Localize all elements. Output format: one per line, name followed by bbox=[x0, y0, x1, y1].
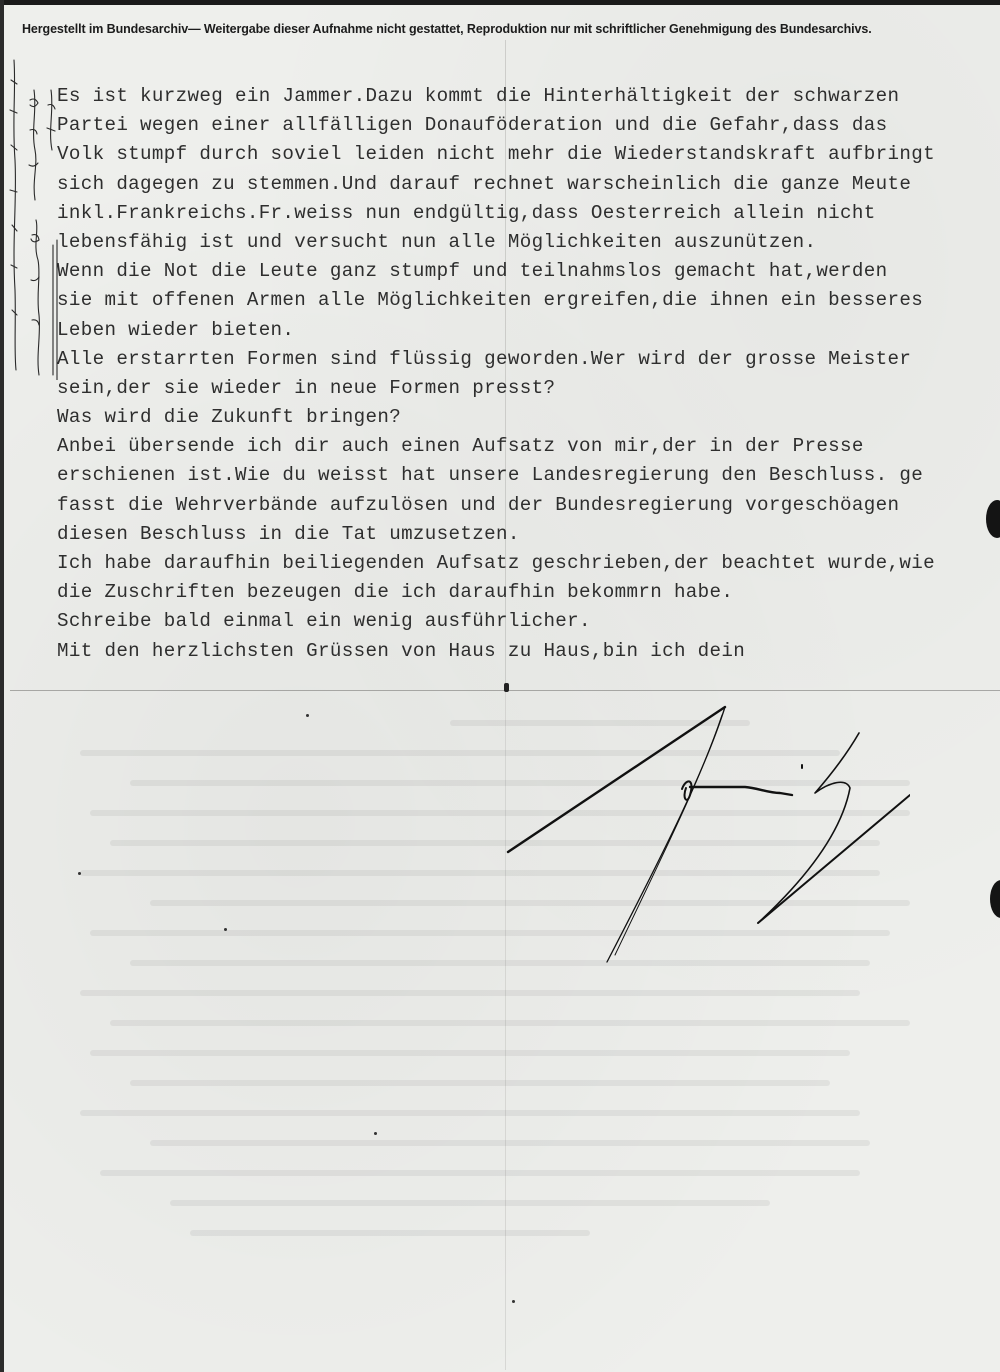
letter-line: Anbei übersende ich dir auch einen Aufsa… bbox=[57, 432, 987, 461]
document-scan: Hergestellt im Bundesarchiv— Weitergabe … bbox=[0, 0, 1000, 1372]
punch-hole-icon bbox=[990, 880, 1000, 918]
letter-line: sich dagegen zu stemmen.Und darauf rechn… bbox=[57, 170, 987, 199]
letter-line: Alle erstarrten Formen sind flüssig gewo… bbox=[57, 345, 987, 374]
letter-line: Schreibe bald einmal ein wenig ausführli… bbox=[57, 607, 987, 636]
speck bbox=[374, 1132, 377, 1135]
letter-line: sie mit offenen Armen alle Möglichkeiten… bbox=[57, 286, 987, 315]
archive-stamp: Hergestellt im Bundesarchiv— Weitergabe … bbox=[22, 22, 982, 36]
letter-line: fasst die Wehrverbände aufzulösen und de… bbox=[57, 491, 987, 520]
letter-line: Leben wieder bieten. bbox=[57, 316, 987, 345]
letter-line: Wenn die Not die Leute ganz stumpf und t… bbox=[57, 257, 987, 286]
signature-icon bbox=[490, 690, 910, 990]
scan-border-top bbox=[0, 0, 1000, 5]
scan-border-left bbox=[0, 0, 4, 1372]
letter-line: Volk stumpf durch soviel leiden nicht me… bbox=[57, 140, 987, 169]
letter-line: inkl.Frankreichs.Fr.weiss nun endgültig,… bbox=[57, 199, 987, 228]
letter-line: Was wird die Zukunft bringen? bbox=[57, 403, 987, 432]
speck bbox=[224, 928, 227, 931]
letter-line: Es ist kurzweg ein Jammer.Dazu kommt die… bbox=[57, 82, 987, 111]
letter-body: Es ist kurzweg ein Jammer.Dazu kommt die… bbox=[57, 82, 987, 666]
letter-line: Partei wegen einer allfälligen Donauföde… bbox=[57, 111, 987, 140]
letter-line: Ich habe daraufhin beiliegenden Aufsatz … bbox=[57, 549, 987, 578]
margin-notes-icon bbox=[6, 50, 61, 380]
letter-line: erschienen ist.Wie du weisst hat unsere … bbox=[57, 461, 987, 490]
letter-line: Mit den herzlichsten Grüssen von Haus zu… bbox=[57, 637, 987, 666]
letter-line: diesen Beschluss in die Tat umzusetzen. bbox=[57, 520, 987, 549]
speck bbox=[512, 1300, 515, 1303]
letter-line: sein,der sie wieder in neue Formen press… bbox=[57, 374, 987, 403]
punch-hole-icon bbox=[986, 500, 1000, 538]
letter-line: lebensfähig ist und versucht nun alle Mö… bbox=[57, 228, 987, 257]
speck bbox=[306, 714, 309, 717]
speck bbox=[78, 872, 81, 875]
letter-line: die Zuschriften bezeugen die ich daraufh… bbox=[57, 578, 987, 607]
